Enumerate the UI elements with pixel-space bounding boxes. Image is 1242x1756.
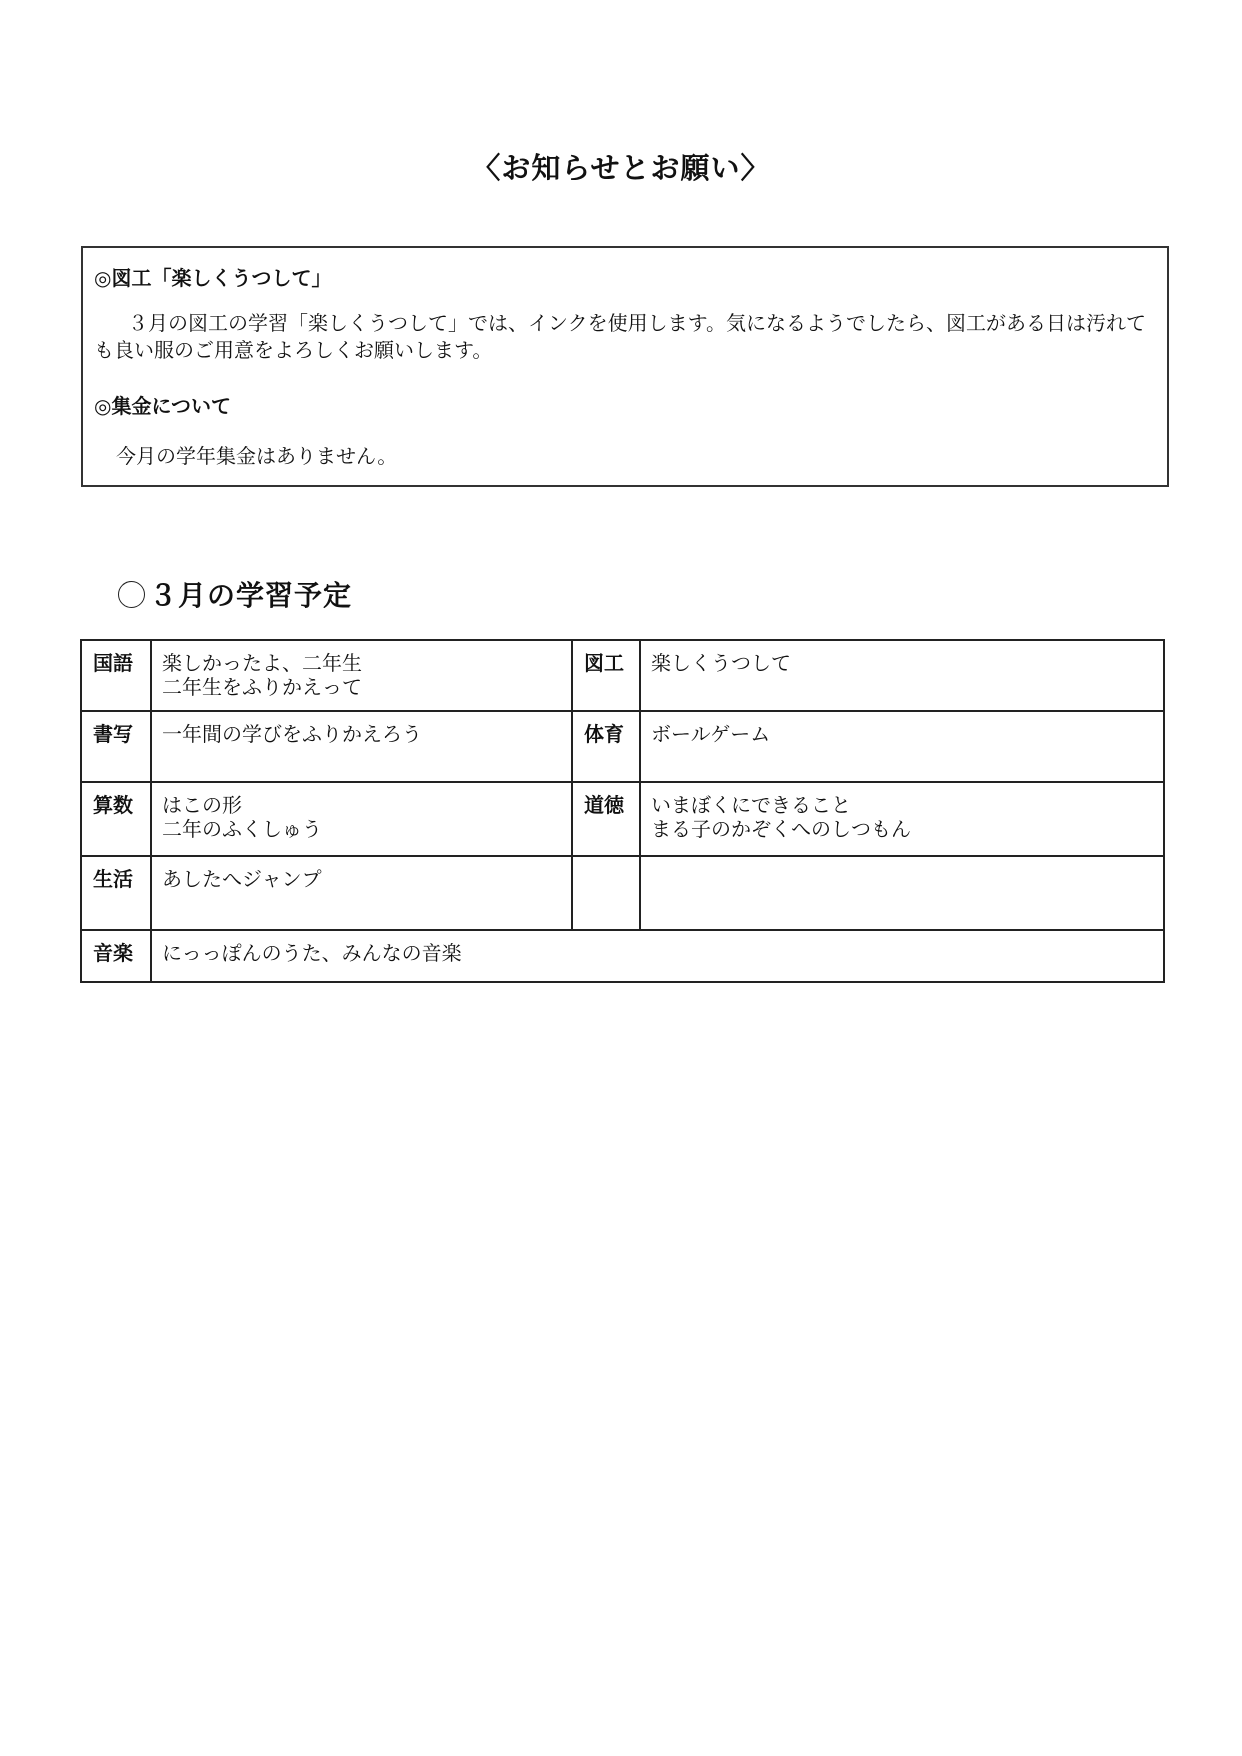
subject-label: 国語: [81, 640, 151, 711]
content-line: ボールゲーム: [651, 722, 1153, 746]
subject-content: 一年間の学びをふりかえろう: [151, 711, 572, 782]
subject-label: 生活: [81, 856, 151, 930]
content-line: あしたへジャンプ: [162, 867, 561, 891]
table-row: 生活 あしたへジャンプ: [81, 856, 1164, 930]
table-row: 書写 一年間の学びをふりかえろう 体育 ボールゲーム: [81, 711, 1164, 782]
content-line: 二年のふくしゅう: [162, 817, 561, 841]
content-line: 楽しくうつして: [651, 651, 1153, 675]
notice-box: ◎図工「楽しくうつして」 ３月の図工の学習「楽しくうつして」では、インクを使用し…: [81, 246, 1169, 487]
schedule-table: 国語 楽しかったよ、二年生 二年生をふりかえって 図工 楽しくうつして 書写 一…: [80, 639, 1165, 983]
subject-label: 図工: [572, 640, 640, 711]
subject-label: 書写: [81, 711, 151, 782]
subject-content: 楽しくうつして: [640, 640, 1164, 711]
notice-body-art-text: ３月の図工の学習「楽しくうつして」では、インクを使用します。気になるようでしたら…: [94, 311, 1146, 362]
notice-heading-collection: ◎集金について: [94, 390, 231, 419]
content-line: 二年生をふりかえって: [162, 675, 561, 699]
content-line: まる子のかぞくへのしつもん: [651, 817, 1153, 841]
circle-icon: [118, 581, 145, 608]
table-row: 国語 楽しかったよ、二年生 二年生をふりかえって 図工 楽しくうつして: [81, 640, 1164, 711]
table-row: 算数 はこの形 二年のふくしゅう 道徳 いまぼくにできること まる子のかぞくへの…: [81, 782, 1164, 856]
subject-label: 体育: [572, 711, 640, 782]
subject-content: いまぼくにできること まる子のかぞくへのしつもん: [640, 782, 1164, 856]
table-row: 音楽 にっっぽんのうた、みんなの音楽: [81, 930, 1164, 982]
content-line: 楽しかったよ、二年生: [162, 651, 561, 675]
subject-content: あしたへジャンプ: [151, 856, 572, 930]
subject-content: はこの形 二年のふくしゅう: [151, 782, 572, 856]
page-title: 〈お知らせとお願い〉: [0, 146, 1242, 187]
notice-body-collection-text: 今月の学年集金はありません。: [116, 444, 397, 468]
content-line: いまぼくにできること: [651, 793, 1153, 817]
subject-content: ボールゲーム: [640, 711, 1164, 782]
schedule-title-text: ３月の学習予定: [149, 579, 352, 612]
content-line: にっっぽんのうた、みんなの音楽: [162, 941, 1153, 965]
content-line: はこの形: [162, 793, 561, 817]
schedule-title: ３月の学習予定: [118, 574, 352, 614]
subject-label: 道徳: [572, 782, 640, 856]
subject-content-empty: [640, 856, 1164, 930]
subject-label-empty: [572, 856, 640, 930]
notice-heading-art: ◎図工「楽しくうつして」: [94, 262, 331, 291]
subject-content: にっっぽんのうた、みんなの音楽: [151, 930, 1164, 982]
subject-content: 楽しかったよ、二年生 二年生をふりかえって: [151, 640, 572, 711]
content-line: 一年間の学びをふりかえろう: [162, 722, 561, 746]
subject-label: 音楽: [81, 930, 151, 982]
notice-body-collection: 今月の学年集金はありません。: [94, 443, 1154, 470]
subject-label: 算数: [81, 782, 151, 856]
notice-body-art: ３月の図工の学習「楽しくうつして」では、インクを使用します。気になるようでしたら…: [94, 310, 1154, 364]
